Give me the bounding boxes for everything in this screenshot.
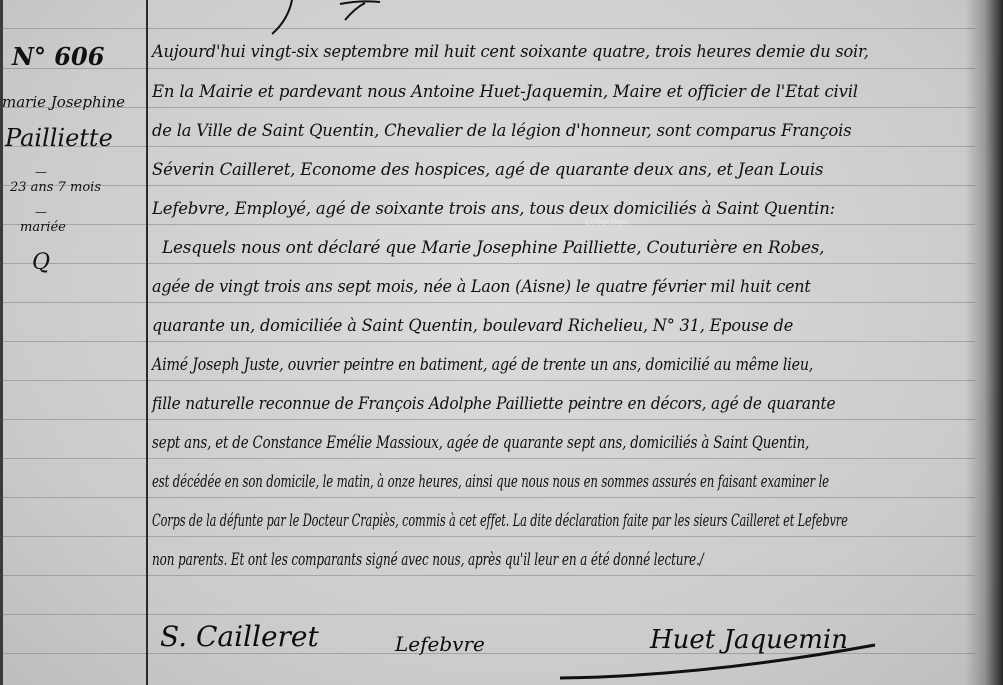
record-line: de la Ville de Saint Quentin, Chevalier … bbox=[152, 121, 851, 140]
deceased-given-names: marie Josephine bbox=[2, 93, 125, 111]
scanned-register-page: N° 606 marie Josephine Pailliette — 23 a… bbox=[0, 0, 1003, 685]
record-line: Aujourd'hui vingt-six septembre mil huit… bbox=[152, 42, 869, 61]
record-line: non parents. Et ont les comparants signé… bbox=[152, 550, 704, 569]
record-line: Corps de la défunte par le Docteur Crapi… bbox=[152, 511, 848, 530]
marital-status: mariée bbox=[20, 220, 66, 235]
record-line: Aimé Joseph Juste, ouvrier peintre en ba… bbox=[152, 355, 813, 374]
margin-dash: — bbox=[35, 205, 47, 219]
margin-dash: — bbox=[35, 165, 47, 179]
record-line: En la Mairie et pardevant nous Antoine H… bbox=[152, 82, 858, 101]
record-line: Lesquels nous ont déclaré que Marie Jose… bbox=[162, 238, 824, 257]
previous-entry-flourish bbox=[270, 0, 390, 35]
record-line: quarante un, domiciliée à Saint Quentin,… bbox=[152, 316, 793, 335]
margin-mark: Q bbox=[32, 250, 50, 275]
signature-lefebvre: Lefebvre bbox=[395, 632, 485, 656]
record-line: Lefebvre, Employé, agé de soixante trois… bbox=[152, 199, 835, 218]
record-line: est décédée en son domicile, le matin, à… bbox=[152, 472, 829, 491]
entry-number: N° 606 bbox=[12, 42, 104, 71]
margin-column: N° 606 marie Josephine Pailliette — 23 a… bbox=[0, 0, 146, 685]
record-line: fille naturelle reconnue de François Ado… bbox=[152, 394, 835, 413]
deceased-age: 23 ans 7 mois bbox=[10, 180, 101, 195]
record-line: sept ans, et de Constance Emélie Massiou… bbox=[152, 433, 809, 452]
deceased-surname: Pailliette bbox=[5, 124, 113, 152]
signature-cailleret: S. Cailleret bbox=[160, 620, 319, 653]
signature-flourish bbox=[555, 640, 885, 680]
archive-watermark: collection bbox=[585, 218, 628, 228]
margin-rule bbox=[146, 0, 148, 685]
record-line: agée de vingt trois ans sept mois, née à… bbox=[152, 277, 811, 296]
record-line: Séverin Cailleret, Econome des hospices,… bbox=[152, 160, 823, 179]
